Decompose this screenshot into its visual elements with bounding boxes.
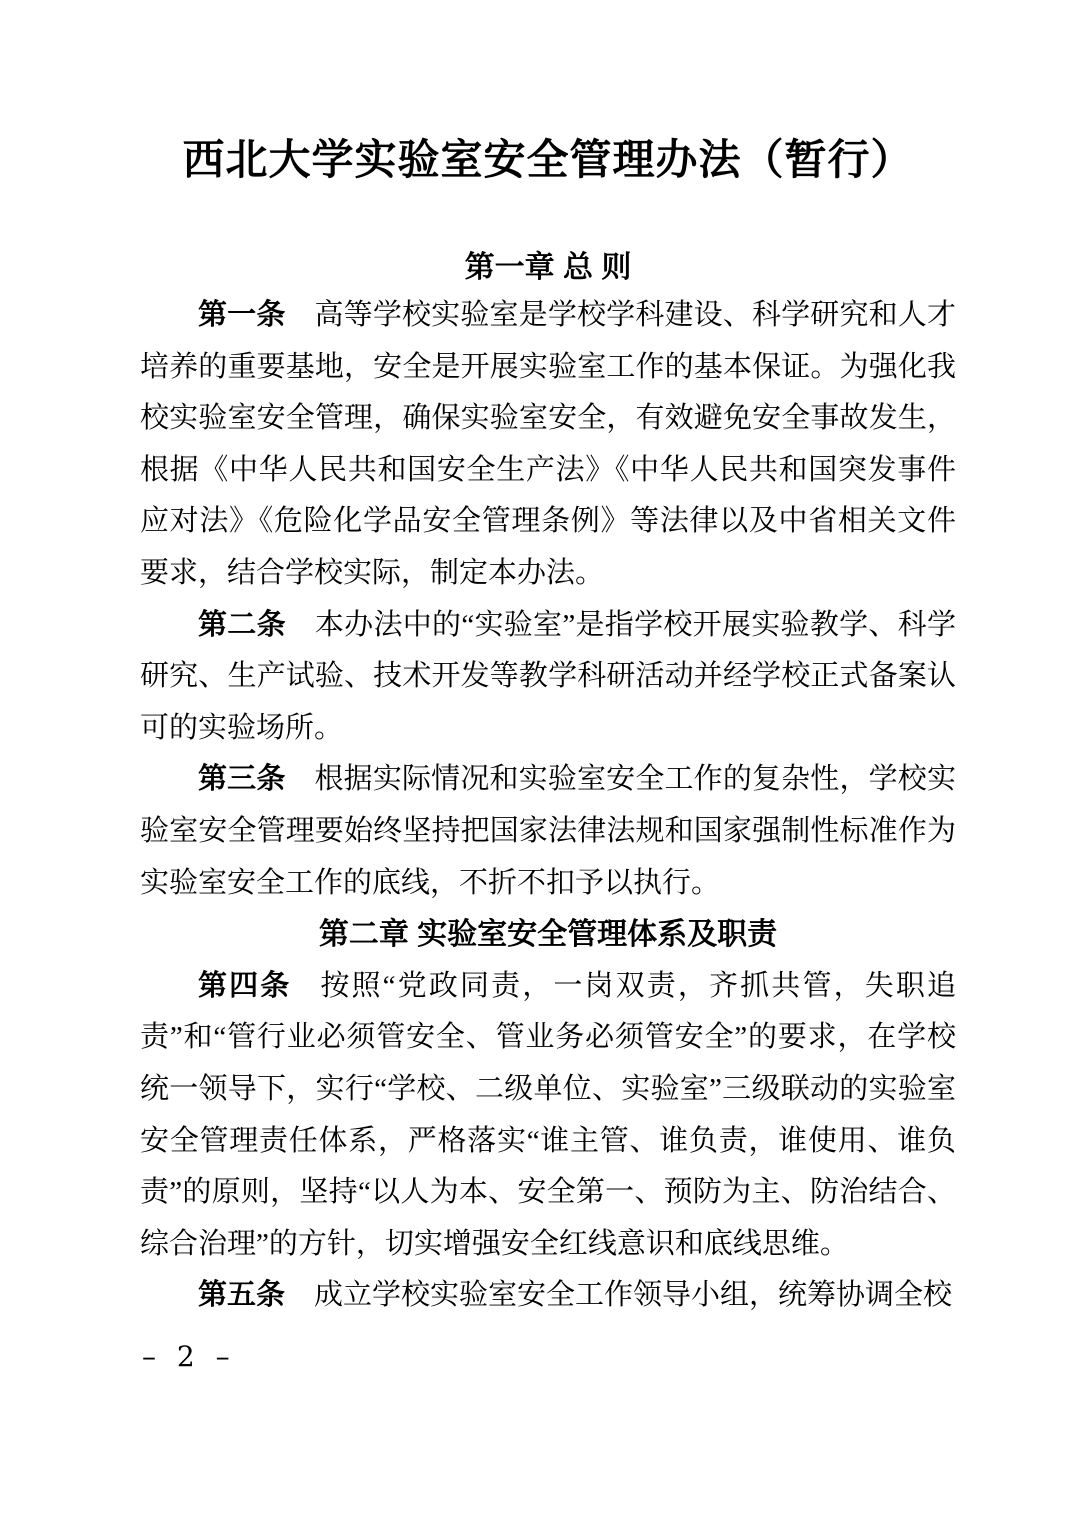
article-1-text: 高等学校实验室是学校学科建设、科学研究和人才培养的重要基地，安全是开展实验室工作… bbox=[140, 299, 956, 589]
paragraph-article-3: 第三条根据实际情况和实验室安全工作的复杂性，学校实验室安全管理要始终坚持把国家法… bbox=[140, 754, 956, 909]
paragraph-article-2: 第二条本办法中的“实验室”是指学校开展实验教学、科学研究、生产试验、技术开发等教… bbox=[140, 600, 956, 755]
article-4-lead: 第四条 bbox=[198, 970, 291, 1002]
article-5-text: 成立学校实验室安全工作领导小组，统筹协调全校 bbox=[314, 1279, 952, 1311]
article-3-lead: 第三条 bbox=[198, 763, 286, 795]
document-content: 西北大学实验室安全管理办法（暂行） 第一章 总 则 第一条高等学校实验室是学校学… bbox=[140, 0, 956, 1322]
paragraph-article-5: 第五条成立学校实验室安全工作领导小组，统筹协调全校 bbox=[140, 1270, 956, 1322]
paragraph-article-4: 第四条按照“党政同责，一岗双责，齐抓共管，失职追责”和“管行业必须管安全、管业务… bbox=[140, 961, 956, 1271]
article-2-lead: 第二条 bbox=[198, 609, 286, 641]
chapter-2-heading: 第二章 实验室安全管理体系及职责 bbox=[140, 909, 956, 961]
paragraph-article-1: 第一条高等学校实验室是学校学科建设、科学研究和人才培养的重要基地，安全是开展实验… bbox=[140, 290, 956, 600]
article-4-text: 按照“党政同责，一岗双责，齐抓共管，失职追责”和“管行业必须管安全、管业务必须管… bbox=[140, 970, 956, 1260]
article-1-lead: 第一条 bbox=[198, 299, 286, 331]
article-5-lead: 第五条 bbox=[198, 1279, 285, 1311]
chapter-1-heading: 第一章 总 则 bbox=[140, 250, 956, 286]
page-number: – 2 – bbox=[142, 1340, 236, 1373]
document-body: 第一条高等学校实验室是学校学科建设、科学研究和人才培养的重要基地，安全是开展实验… bbox=[140, 290, 956, 1322]
document-title: 西北大学实验室安全管理办法（暂行） bbox=[140, 132, 956, 188]
document-page: 西北大学实验室安全管理办法（暂行） 第一章 总 则 第一条高等学校实验室是学校学… bbox=[0, 0, 1080, 1527]
